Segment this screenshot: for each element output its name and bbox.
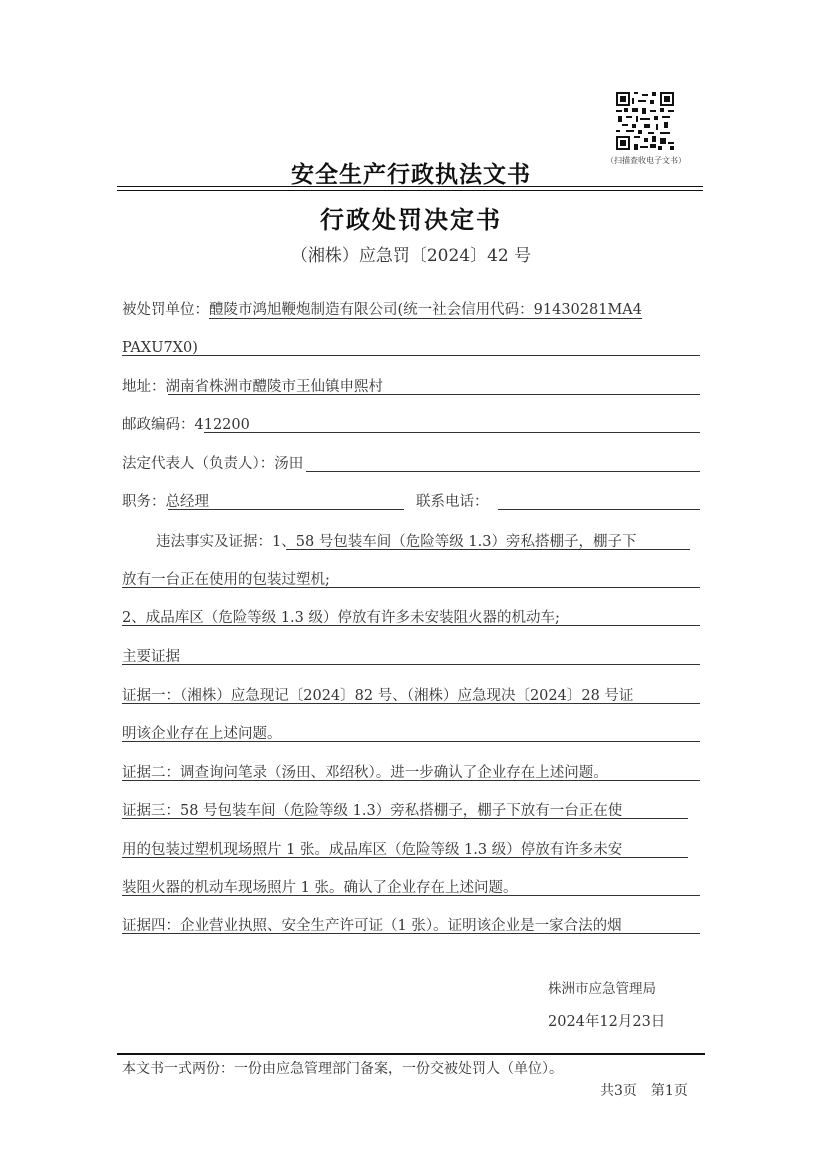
page-info: 共3页 第1页 — [600, 1080, 688, 1100]
document-category-title: 安全生产行政执法文书 — [0, 156, 822, 189]
underline — [306, 471, 700, 472]
underline — [286, 549, 690, 550]
underline — [122, 818, 688, 819]
document-title: 行政处罚决定书 — [0, 200, 822, 235]
legal-rep-value: 汤田 — [274, 456, 303, 472]
penalized-unit-value: 醴陵市鸿旭鞭炮制造有限公司(统一社会信用代码：91430281MA4 — [209, 302, 642, 319]
postal-code-value: 412200 — [195, 417, 250, 433]
underline — [122, 587, 700, 588]
position-label: 职务： — [122, 494, 166, 510]
underline — [122, 895, 700, 896]
underline — [122, 741, 700, 742]
underline — [122, 625, 700, 626]
underline — [122, 355, 700, 356]
footer-rule — [117, 1053, 705, 1055]
qr-code[interactable] — [616, 92, 674, 150]
facts-label: 违法事实及证据： — [156, 534, 272, 550]
address-label: 地址： — [122, 379, 166, 395]
penalized-unit-value-cont: PAXU7X0) — [122, 340, 198, 356]
underline — [122, 857, 688, 858]
facts-text: 1、58 号包装车间（危险等级 1.3）旁私搭棚子，棚子下 — [272, 534, 636, 550]
postal-code-label: 邮政编码： — [122, 417, 195, 433]
document-number: （湘株）应急罚〔2024〕42 号 — [0, 241, 822, 266]
underline — [122, 933, 700, 934]
underline — [204, 432, 700, 433]
underline — [498, 509, 700, 510]
phone-label: 联系电话： — [416, 494, 489, 510]
legal-rep-label: 法定代表人（负责人）： — [122, 456, 274, 472]
footer-note: 本文书一式两份：一份由应急管理部门备案，一份交被处罚人（单位）。 — [122, 1058, 563, 1078]
qr-code-icon — [616, 92, 674, 150]
issue-date: 2024年12月23日 — [548, 1010, 665, 1031]
position-value: 总经理 — [166, 494, 210, 510]
header-double-rule — [117, 186, 703, 191]
issuing-agency: 株洲市应急管理局 — [548, 977, 656, 997]
underline — [168, 509, 404, 510]
underline — [122, 780, 700, 781]
underline — [122, 664, 700, 665]
field-penalized-unit: 被处罚单位：醴陵市鸿旭鞭炮制造有限公司(统一社会信用代码：91430281MA4 — [122, 300, 700, 320]
underline — [122, 703, 700, 704]
penalized-unit-label: 被处罚单位： — [122, 302, 209, 318]
address-value: 湖南省株洲市醴陵市王仙镇申熙村 — [166, 379, 384, 395]
underline — [168, 394, 700, 395]
